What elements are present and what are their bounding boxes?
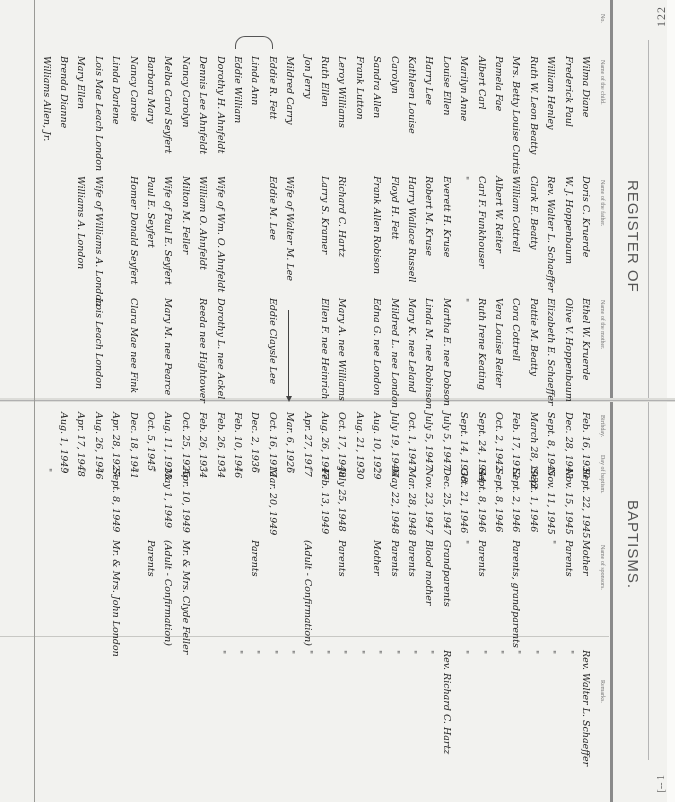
cell-father: Richard C. Hartz <box>336 176 347 257</box>
cell-birthday: Oct. 2, 1942 <box>493 412 504 471</box>
cell-child: Pamela Fae <box>493 56 504 111</box>
cell-child: William Henley <box>545 56 556 130</box>
cell-child: Harry Lee <box>423 56 434 105</box>
cell-birthday: Dec. 2, 1936 <box>249 412 260 473</box>
cell-child: Brenda Dianne <box>58 56 69 128</box>
cell-child: Dorothy H. Ahnfeldt <box>215 56 226 153</box>
arrow-mark <box>288 310 289 400</box>
cell-remarks: " <box>424 650 434 654</box>
cell-baptism-date: " <box>146 468 156 472</box>
cell-remarks: Rev. Richard C. Hartz <box>441 650 452 754</box>
cell-sponsors: Blood mother <box>423 540 434 605</box>
cell-baptism-date: " <box>76 468 86 472</box>
cell-father: Doris C. Kruerde <box>580 176 591 257</box>
cell-mother: " <box>459 298 469 302</box>
cell-baptism-date: Nov. 23, 1947 <box>423 468 434 535</box>
cell-sponsors: Parents <box>145 540 156 577</box>
cell-remarks: " <box>511 650 521 654</box>
cell-baptism-date: " <box>129 468 139 472</box>
cell-child: Melba Carol Seyfert <box>162 56 173 153</box>
cell-child: Jon Jerry <box>302 56 313 99</box>
cell-father: Homer Donald Seyfert <box>128 176 139 284</box>
cell-baptism-date: " <box>94 468 104 472</box>
col-header-sponsors: Name of sponsors. <box>599 545 605 590</box>
cell-birthday: Sept. 8, 1945 <box>545 412 556 476</box>
cell-mother: Elizabeth E. Schaeffer <box>545 298 556 405</box>
cell-child: Nancy Carolyn <box>180 56 191 128</box>
cell-remarks: " <box>337 650 347 654</box>
cell-remarks: " <box>459 650 469 654</box>
col-header-child: Name of the child. <box>599 60 605 105</box>
cell-child: Kathleen Louise <box>406 56 417 134</box>
cell-mother: Dorothy L. nee Ackel <box>215 298 226 399</box>
cell-sponsors: (Adult - Confirmation) <box>162 540 173 646</box>
cell-father: W. J. Hoppenbaum <box>563 176 574 264</box>
cell-father: Paul E. Seyfert <box>145 176 156 248</box>
cell-baptism-date: " <box>355 468 365 472</box>
title-baptisms: BAPTISMS. <box>624 500 641 589</box>
cell-sponsors: Parents <box>476 540 487 577</box>
cell-remarks: " <box>546 650 556 654</box>
cell-father: Floyd H. Fett <box>389 176 400 239</box>
cell-sponsors: " <box>459 540 469 544</box>
cell-mother: Reeda nee Hightower <box>197 298 208 403</box>
cell-child: Eddie R. Fett <box>267 56 278 119</box>
cell-baptism-date: " <box>303 468 313 472</box>
cell-remarks: " <box>268 650 278 654</box>
cell-baptism-date: " <box>216 468 226 472</box>
cell-child: Lois Mae Leach London <box>93 56 104 171</box>
cell-father: Wife of Wm. O. Ahnfeldt <box>215 176 226 292</box>
cell-sponsors: Parents, grandparents <box>510 540 521 648</box>
cell-mother: Mary M. nee Pearce <box>162 298 173 395</box>
cell-child: Sandra Allen <box>371 56 382 118</box>
cell-baptism-date: July 25, 1948 <box>336 468 347 532</box>
cell-baptism-date: Dec. 25, 1947 <box>441 468 452 535</box>
cell-remarks: " <box>477 650 487 654</box>
title-register-of: REGISTER OF <box>624 180 641 293</box>
col-header-mother: Name of the mother. <box>599 300 605 349</box>
cell-father: Wife of Walter M. Lee <box>284 176 295 281</box>
col-header-baptism-date: Day of baptism. <box>599 455 605 494</box>
cell-father: Albert W. Reiter <box>493 176 504 253</box>
cell-father: Harry Wallace Russell <box>406 176 417 282</box>
cell-sponsors: Grandparents <box>441 540 452 607</box>
cell-sponsors: Parents <box>389 540 400 577</box>
cell-baptism-date: Feb. 13, 1949 <box>319 468 330 534</box>
cell-father: Wife of Paul E. Seyfert <box>162 176 173 285</box>
cell-mother: Vera Louise Reiter <box>493 298 504 387</box>
cell-baptism-date: Nov. 15, 1945 <box>563 468 574 535</box>
cell-father: " <box>459 176 469 180</box>
cell-father: William Cottrell <box>510 176 521 252</box>
cell-baptism-date: Oct. 21, 1946 <box>458 468 469 533</box>
cell-baptism-date: Mar. 20, 1949 <box>267 468 278 535</box>
cell-baptism-date: Sept. 1, 1946 <box>528 468 539 532</box>
page-number: 122 <box>654 6 669 27</box>
cell-father: Clark E. Beatty <box>528 176 539 250</box>
cell-sponsors: Parents <box>336 540 347 577</box>
cell-child: Dennis Lee Ahnfeldt <box>197 56 208 154</box>
cell-mother: Pattie M. Beatty <box>528 298 539 376</box>
cell-baptism-date: Nov. 11, 1945 <box>545 468 556 535</box>
cell-mother: Mary K. nee Leland <box>406 298 417 393</box>
cell-remarks: " <box>372 650 382 654</box>
col-header-birthday: Birthday. <box>599 415 605 437</box>
cell-child: Louise Ellen <box>441 56 452 115</box>
cell-sponsors: Mother <box>371 540 382 576</box>
cell-child: Linda Darlene <box>110 56 121 124</box>
cell-child: Mrs. Betty Louise Curtis <box>510 56 521 174</box>
cell-baptism-date: Sept. 8, 1946 <box>476 468 487 532</box>
cell-remarks: " <box>285 650 295 654</box>
cell-sponsors: Mother <box>580 540 591 576</box>
cell-child: Frank Lutton <box>354 56 365 120</box>
cell-child: Williams Allen, Jr. <box>41 56 52 141</box>
cell-child: Marilyn Anne <box>458 56 469 121</box>
cell-remarks: " <box>390 650 400 654</box>
cell-sponsors: Mr. & Mrs. John London <box>110 540 121 657</box>
cell-mother: Ruth Irene Keating <box>476 298 487 390</box>
cell-remarks: " <box>355 650 365 654</box>
cell-mother: Olive V. Hoppenbaum <box>563 298 574 402</box>
cell-mother: Ellen F. nee Heinrich <box>319 298 330 399</box>
cell-father: Milton M. Feller <box>180 176 191 254</box>
cell-father: Frank Allen Robison <box>371 176 382 274</box>
cell-sponsors: " <box>546 540 556 544</box>
cell-child: Nancy Carole <box>128 56 139 122</box>
cell-remarks: " <box>564 650 574 654</box>
cell-remarks: " <box>303 650 313 654</box>
cell-birthday: July 5, 1947 <box>441 412 452 470</box>
cell-mother: Mary A. nee Williams <box>336 298 347 401</box>
cell-father: Carl F. Funkhouser <box>476 176 487 268</box>
cell-remarks: " <box>494 650 504 654</box>
col-header-remarks: Remarks. <box>599 680 605 703</box>
cell-baptism-date: Sept. 8, 1946 <box>493 468 504 532</box>
row-rule <box>34 0 35 802</box>
cell-baptism-date: " <box>59 468 69 472</box>
cell-father: Larry S. Kramer <box>319 176 330 254</box>
cell-sponsors: Parents <box>406 540 417 577</box>
cell-father: Williams A. London <box>75 176 86 269</box>
cell-remarks: " <box>407 650 417 654</box>
cell-remarks: " <box>320 650 330 654</box>
cell-father: Robert M. Kruse <box>423 176 434 256</box>
cell-child: Mary Ellen <box>75 56 86 109</box>
cell-baptism-date: May 1, 1949 <box>162 468 173 528</box>
cell-sponsors: (Adult - Confirmation) <box>302 540 313 646</box>
cell-mother: Ethel W. Kruerde <box>580 298 591 380</box>
cell-birthday: Oct. 1, 1947 <box>406 412 417 471</box>
cell-father: William O. Ahnfeldt <box>197 176 208 270</box>
cell-birthday: Aug. 1, 1949 <box>58 412 69 473</box>
cell-baptism-date: " <box>233 468 243 472</box>
cell-baptism-date: " <box>198 468 208 472</box>
cell-baptism-date: " <box>42 468 52 472</box>
cell-child: Albert Carl <box>476 56 487 110</box>
cell-remarks: " <box>529 650 539 654</box>
cell-birthday: Mar. 6, 1926 <box>284 412 295 473</box>
cell-remarks: " <box>233 650 243 654</box>
cell-baptism-date: " <box>285 468 295 472</box>
cell-mother: Edna G. nee London <box>371 298 382 396</box>
bracket-mark <box>235 36 273 49</box>
cell-baptism-date: Sept. 22, 1945 <box>580 468 591 538</box>
cell-birthday: July 5, 1947 <box>423 412 434 470</box>
cell-remarks: " <box>250 650 260 654</box>
cell-father: Wife of Williams A. London <box>93 176 104 306</box>
cell-child: Mildred Carry <box>284 56 295 125</box>
cell-sponsors: Parents <box>249 540 260 577</box>
cell-mother: Linda M. nee Robinson <box>423 298 434 409</box>
cell-child: Ruth W. Leon Beatty <box>528 56 539 154</box>
cell-child: Barbara Mary <box>145 56 156 123</box>
cell-child: Ruth Ellen <box>319 56 330 107</box>
col-header-no: No. <box>599 14 605 23</box>
cell-father: Rev. Walter L. Schaeffer <box>545 176 556 292</box>
cell-baptism-date: Mar. 28, 1948 <box>406 468 417 535</box>
cell-child: Frederick Paul <box>563 56 574 127</box>
cell-child: Wilma Diane <box>580 56 591 117</box>
cell-birthday: July 19, 1946 <box>389 412 400 476</box>
cell-baptism-date: Sept. 8, 1949 <box>110 468 121 532</box>
cell-sponsors: Mr. & Mrs. Clyde Feller <box>180 540 191 654</box>
cell-baptism-date: " <box>250 468 260 472</box>
cell-remarks: " <box>216 650 226 654</box>
cell-birthday: Oct. 5, 1945 <box>145 412 156 471</box>
cell-remarks: Rev. Walter L. Schaeffer <box>580 650 591 766</box>
cell-father: Everett H. Kruse <box>441 176 452 257</box>
cell-baptism-date: " <box>372 468 382 472</box>
cell-baptism-date: Sept. 2, 1946 <box>510 468 521 532</box>
cell-father: Eddie M. Lee <box>267 176 278 240</box>
cell-child: Carolyn <box>389 56 400 94</box>
cell-mother: Lois Leach London <box>93 298 104 389</box>
cell-child: Leroy Williams <box>336 56 347 128</box>
cell-mother: Martha E. nee Dobson <box>441 298 452 406</box>
register-page: 122 [-- 1 REGISTER OF BAPTISMS. No. Name… <box>0 0 675 802</box>
cell-mother: Mildred L. nee London <box>389 298 400 408</box>
cell-child: Linda Ann <box>249 56 260 105</box>
cell-sponsors: Parents <box>563 540 574 577</box>
cell-baptism-date: Apr. 10, 1949 <box>180 468 191 533</box>
cell-baptism-date: May 22, 1948 <box>389 468 400 534</box>
corner-mark: [-- 1 <box>656 775 667 793</box>
cell-child: Eddie William <box>232 56 243 123</box>
cell-mother: Eddie Claysle Lee <box>267 298 278 384</box>
cell-mother: Clara Mae nee Fink <box>128 298 139 393</box>
col-header-father: Name of the father. <box>599 180 605 226</box>
cell-mother: Cora Cottrell <box>510 298 521 361</box>
